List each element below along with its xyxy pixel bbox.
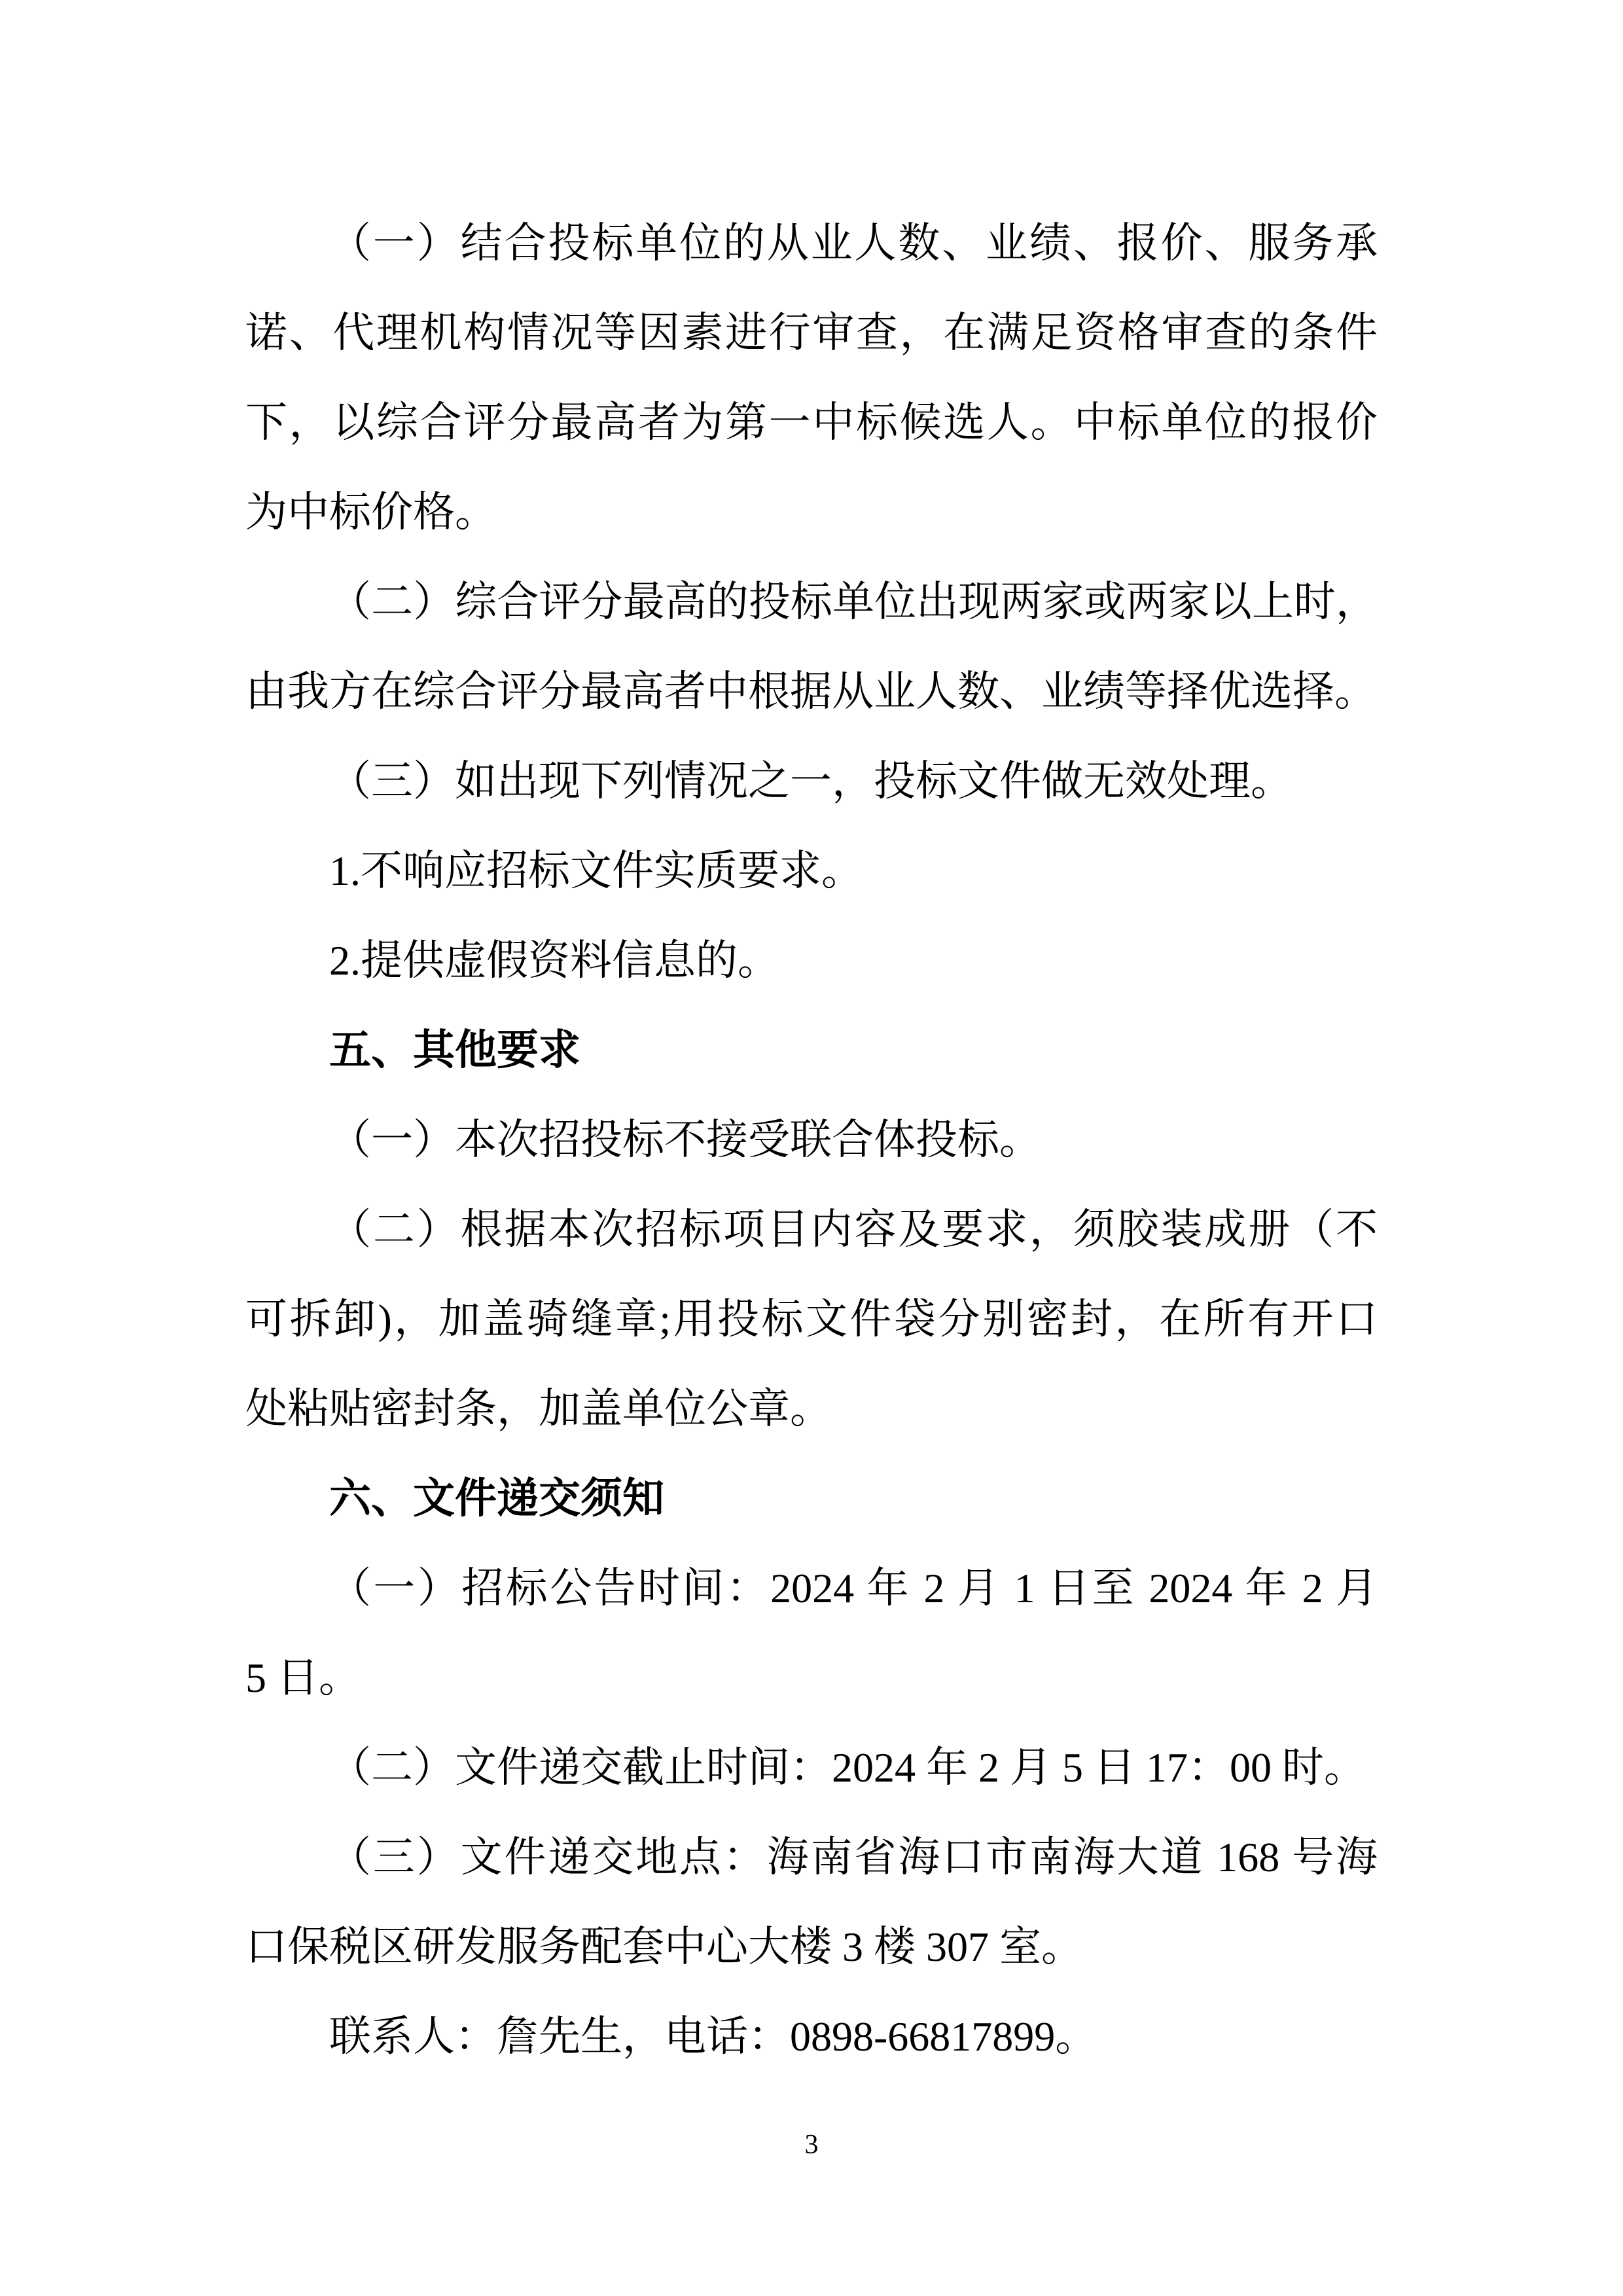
page-number: 3: [0, 2128, 1623, 2161]
document-page: （一）结合投标单位的从业人数、业绩、报价、服务承诺、代理机构情况等因素进行审查，…: [0, 0, 1623, 2296]
text-line: 1.不响应招标文件实质要求。: [245, 826, 1378, 916]
text-line: 由我方在综合评分最高者中根据从业人数、业绩等择优选择。: [245, 647, 1378, 736]
text-line: 口保税区研发服务配套中心大楼 3 楼 307 室。: [245, 1902, 1378, 1992]
text-line: （一）本次招投标不接受联合体投标。: [245, 1095, 1378, 1185]
text-line: 5 日。: [245, 1633, 1378, 1723]
text-line: 联系人：詹先生，电话：0898-66817899。: [245, 1992, 1378, 2081]
text-line: 诺、代理机构情况等因素进行审查，在满足资格审查的条件: [245, 288, 1378, 378]
text-line: 下，以综合评分最高者为第一中标候选人。中标单位的报价: [245, 378, 1378, 467]
text-line: （二）文件递交截止时间：2024 年 2 月 5 日 17：00 时。: [245, 1723, 1378, 1812]
text-line: 处粘贴密封条，加盖单位公章。: [245, 1364, 1378, 1454]
text-line: （二）根据本次招标项目内容及要求，须胶装成册（不: [245, 1185, 1378, 1274]
document-body: （一）结合投标单位的从业人数、业绩、报价、服务承诺、代理机构情况等因素进行审查，…: [245, 198, 1378, 2081]
text-line: （一）招标公告时间：2024 年 2 月 1 日至 2024 年 2 月: [245, 1543, 1378, 1633]
text-line: （一）结合投标单位的从业人数、业绩、报价、服务承: [245, 198, 1378, 288]
text-line: 为中标价格。: [245, 467, 1378, 557]
text-line: （二）综合评分最高的投标单位出现两家或两家以上时，: [245, 557, 1378, 647]
text-line: 可拆卸)，加盖骑缝章;用投标文件袋分别密封，在所有开口: [245, 1274, 1378, 1364]
text-line: （三）文件递交地点：海南省海口市南海大道 168 号海: [245, 1812, 1378, 1902]
text-line: （三）如出现下列情况之一，投标文件做无效处理。: [245, 736, 1378, 826]
text-line: 2.提供虚假资料信息的。: [245, 916, 1378, 1005]
section-heading: 六、文件递交须知: [245, 1454, 1378, 1543]
section-heading: 五、其他要求: [245, 1005, 1378, 1095]
